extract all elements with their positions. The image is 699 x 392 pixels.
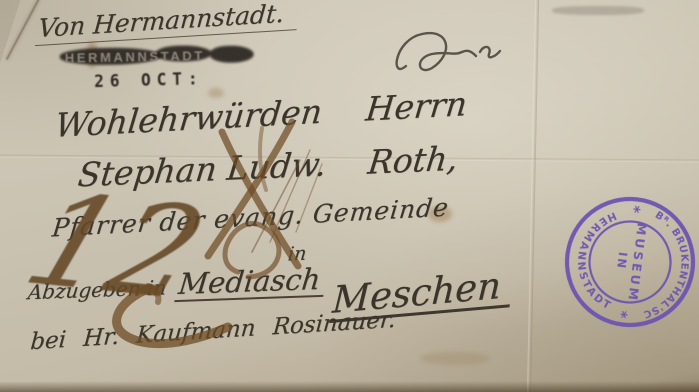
- recipient-last-name: Roth,: [366, 142, 459, 179]
- postmark-town-line: HERMANNSTADT: [60, 44, 254, 67]
- sender-note: Von Hermannstadt.: [35, 0, 299, 46]
- museum-stamp: Bᴿ. BRUKENTHAL'SCHES HERMANNSTADT * * MU…: [552, 184, 699, 340]
- postmark: HERMANNSTADT 26 OCT:: [60, 44, 255, 90]
- postmark-town-text: HERMANNSTADT: [65, 48, 205, 65]
- paper-bottom-edge-shadow: [0, 381, 699, 392]
- envelope-photo: Von Hermannstadt. HERMANNSTADT 26 OCT: W…: [0, 0, 699, 392]
- postmark-date-text: 26 OCT:: [94, 67, 254, 92]
- stamp-center-in: IN: [614, 251, 630, 270]
- ink-blot: [210, 45, 254, 63]
- salutation-title-word: Herrn: [364, 87, 468, 126]
- corner-fold-shading: [0, 0, 34, 64]
- place-crossed-out: Mediasch: [175, 265, 327, 302]
- smudge-mark: [552, 6, 644, 15]
- foxing-stain: [420, 352, 490, 365]
- stamp-star-left: *: [625, 204, 644, 214]
- stamp-star-right: *: [612, 309, 631, 319]
- address-salutation-line: Wohlehrwürden Herrn: [54, 87, 469, 142]
- ink-flourish-mark: [388, 24, 538, 90]
- salutation-word: Wohlehrwürden: [54, 95, 324, 142]
